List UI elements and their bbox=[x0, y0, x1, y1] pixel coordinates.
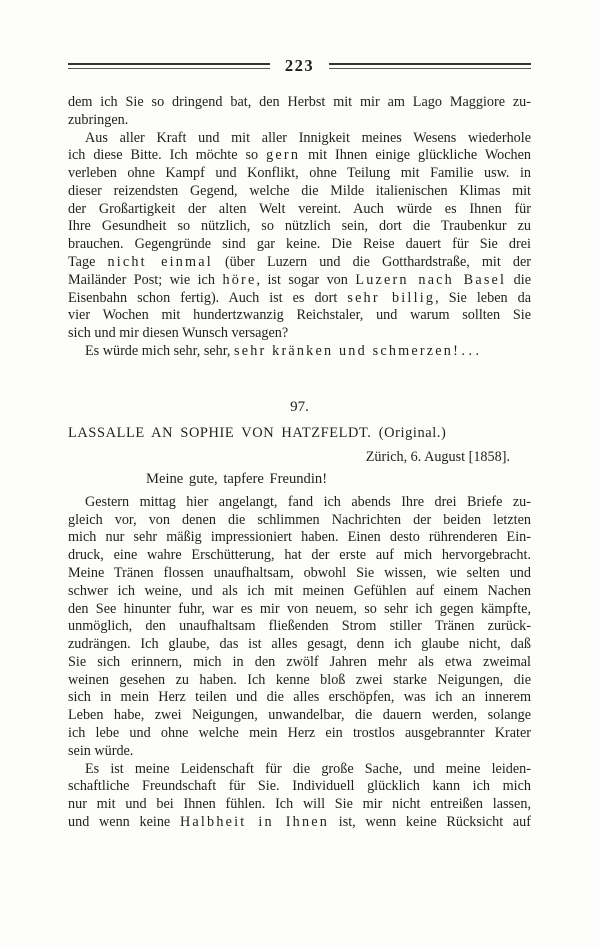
text-line: Es würde mich sehr, sehr, sehr kränken u… bbox=[68, 343, 531, 361]
page-header: 223 bbox=[68, 57, 531, 74]
text-line: schwer ich weine, und als ich mit meinen… bbox=[68, 583, 531, 601]
letter-salutation: Meine gute, tapfere Freundin! bbox=[68, 471, 531, 489]
text-line: ich diese Bitte. Ich möchte so gern mit … bbox=[68, 147, 531, 165]
text-line: sich und mir diesen Wunsch versagen? bbox=[68, 325, 531, 343]
letterspaced-emphasis: nicht einmal bbox=[107, 254, 212, 270]
letterspaced-emphasis: höre bbox=[222, 272, 256, 288]
text-line: Ihre Gesundheit so nützlich, so nützlich… bbox=[68, 218, 531, 236]
text-line: Tage nicht einmal (über Luzern und die G… bbox=[68, 254, 531, 272]
text-line: Meine Tränen flossen unaufhaltsam, obwoh… bbox=[68, 565, 531, 583]
header-rule-left bbox=[68, 63, 270, 69]
letter-body: Gestern mittag hier angelangt, fand ich … bbox=[68, 494, 531, 832]
text-line: Mailänder Post; wie ich höre, ist sogar … bbox=[68, 272, 531, 290]
header-rule-right bbox=[329, 63, 531, 69]
paragraph: dem ich Sie so dringend bat, den Herbst … bbox=[68, 94, 531, 130]
previous-letter-continuation: dem ich Sie so dringend bat, den Herbst … bbox=[68, 94, 531, 361]
text-line: sein würde. bbox=[68, 743, 531, 761]
paragraph: Gestern mittag hier angelangt, fand ich … bbox=[68, 494, 531, 761]
text-line: sich in mein Herz teilen und die alles e… bbox=[68, 689, 531, 707]
text-line: der Großartigkeit der alten Welt vereint… bbox=[68, 201, 531, 219]
text-line: weinen gesehen zu haben. Ich kenne bloß … bbox=[68, 672, 531, 690]
text-line: brauchen. Gegengründe sind gar keine. Di… bbox=[68, 236, 531, 254]
letterspaced-emphasis: sehr kränken und schmerzen bbox=[234, 343, 453, 359]
text-line: ich lebe und ohne welche mein Herz ein t… bbox=[68, 725, 531, 743]
text-line: gleich vor, von denen die schlimmen Nach… bbox=[68, 512, 531, 530]
text-line: Aus aller Kraft und mit aller Innigkeit … bbox=[68, 130, 531, 148]
text-line: Es ist meine Leidenschaft für die große … bbox=[68, 761, 531, 779]
text-line: und wenn keine Halbheit in Ihnen ist, we… bbox=[68, 814, 531, 832]
text-line: nur mit und bei Ihnen fühlen. Ich will S… bbox=[68, 796, 531, 814]
paragraph: Aus aller Kraft und mit aller Innigkeit … bbox=[68, 130, 531, 343]
text-line: Eisenbahn schon fertig). Auch ist es dor… bbox=[68, 290, 531, 308]
text-line: Leben habe, zwei Neigungen, unwandelbar,… bbox=[68, 707, 531, 725]
text-line: mich nur sehr mäßig impressioniert haben… bbox=[68, 529, 531, 547]
page-body: dem ich Sie so dringend bat, den Herbst … bbox=[68, 94, 531, 832]
letterspaced-emphasis: Luzern nach Basel bbox=[355, 272, 506, 288]
text-line: zudrängen. Ich glaube, das ist alles ges… bbox=[68, 636, 531, 654]
text-line: Gestern mittag hier angelangt, fand ich … bbox=[68, 494, 531, 512]
text-line: druck, eine wahre Erschütterung, hat der… bbox=[68, 547, 531, 565]
text-line: Sie sich erinnern, mich in den zwölf Jah… bbox=[68, 654, 531, 672]
text-line: unmöglich, den unaufhaltsam fließenden S… bbox=[68, 618, 531, 636]
book-page: 223 dem ich Sie so dringend bat, den Her… bbox=[0, 0, 600, 948]
paragraph: Es würde mich sehr, sehr, sehr kränken u… bbox=[68, 343, 531, 361]
text-line: dieser reizendsten Gegend, welche die Mi… bbox=[68, 183, 531, 201]
letterspaced-emphasis: gern bbox=[266, 147, 300, 163]
letter-dateline: Zürich, 6. August [1858]. bbox=[68, 449, 531, 467]
letter-number-heading: 97. bbox=[68, 399, 531, 417]
letter-title: LASSALLE AN SOPHIE VON HATZFELDT. (Origi… bbox=[68, 425, 531, 443]
letterspaced-emphasis: Halbheit in Ihnen bbox=[180, 814, 329, 830]
letterspaced-emphasis: sehr billig bbox=[347, 290, 435, 306]
text-line: verleben ohne Kampf und Konflikt, ohne T… bbox=[68, 165, 531, 183]
paragraph: Es ist meine Leidenschaft für die große … bbox=[68, 761, 531, 832]
text-line: den See hinunter fuhr, war es mir von ne… bbox=[68, 601, 531, 619]
text-line: schaftliche Freundschaft für Sie. Indivi… bbox=[68, 778, 531, 796]
page-number: 223 bbox=[283, 58, 316, 75]
text-line: dem ich Sie so dringend bat, den Herbst … bbox=[68, 94, 531, 112]
text-line: zubringen. bbox=[68, 112, 531, 130]
text-line: vier Wochen mit hundertzwanzig Reichstal… bbox=[68, 307, 531, 325]
